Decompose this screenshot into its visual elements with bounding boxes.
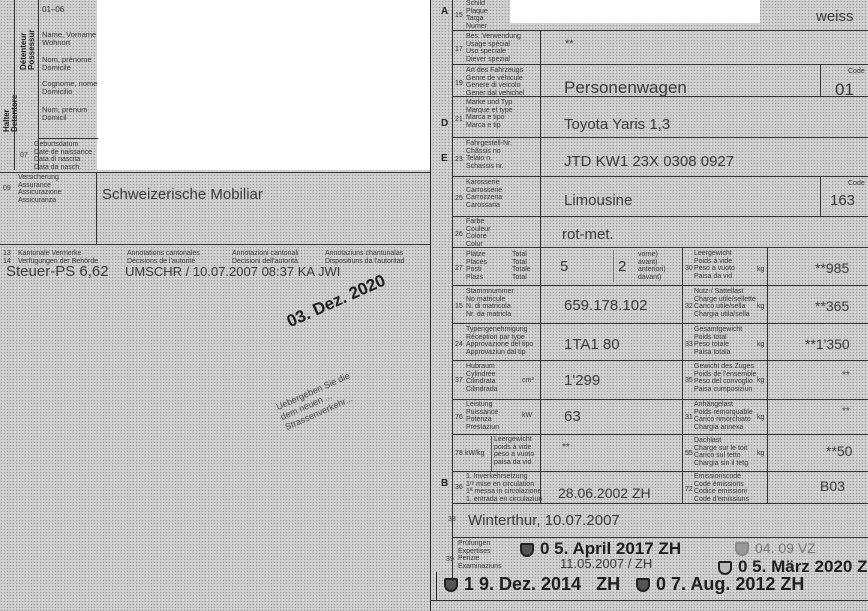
empty-weight-num: 30 (685, 265, 693, 272)
vehicle-type-code: 01 (835, 80, 854, 100)
kw-per-kg-num: 78 (455, 450, 463, 457)
payload-value: **365 (815, 298, 849, 314)
birthdate-num: 07 (20, 152, 28, 159)
section-D: D (441, 118, 448, 129)
vehicle-type-label: Art des Fahrzeugs Genre de véhicule Gene… (466, 67, 524, 97)
type-approval-label: Typengenehmigung Réception par type Appr… (466, 326, 533, 356)
make-model-label: Marke und Typ Marque et type Marca e tip… (466, 99, 513, 129)
train-weight-value: ** (842, 370, 850, 381)
color-num: 26 (455, 231, 463, 238)
seats-label: Plätze Places Posti Plazs (466, 251, 487, 281)
total-weight-unit: kg (757, 341, 764, 348)
empty-weight-label: Leergewicht Poids à vide Peso a vuoto Pa… (694, 250, 735, 280)
trailer-load-num: 31 (685, 414, 693, 421)
inspection-stamp-2014: 1 9. Dez. 2014 ZH (444, 574, 620, 595)
vehicle-type-value: Personenwagen (564, 78, 687, 98)
type-approval-value: 1TA1 80 (564, 336, 620, 353)
color-value: rot-met. (562, 226, 614, 243)
plate-num: 15 (455, 12, 463, 19)
body-num: 25 (455, 195, 463, 202)
trailer-load-value: ** (842, 406, 850, 417)
inspections-num: 39 (446, 556, 454, 563)
kw-per-kg-sublabel: Leergewicht poids à vide peso a vuoto pa… (494, 436, 534, 466)
insurance-num: 09 (3, 185, 11, 192)
zurich-shield-icon (718, 561, 732, 575)
special-use-num: 17 (455, 46, 463, 53)
body-code: 163 (830, 192, 855, 209)
trailer-load-label: Anhängelast Poids remorquable Carico rim… (694, 401, 753, 431)
special-use-value: ** (565, 38, 574, 50)
vehicle-registration-document: 01–06 Halter Detentore Détenteur Possess… (0, 0, 868, 611)
kw-per-kg-label: kW/kg (465, 450, 484, 457)
total-weight-num: 33 (685, 341, 693, 348)
remarks-value-transfer: UMSCHR / 10.07.2007 08:37 KA JWI (125, 264, 340, 279)
emission-code-num: 72 (685, 486, 693, 493)
place-date-value: Winterthur, 10.07.2007 (468, 512, 620, 529)
kw-per-kg-value: ** (562, 442, 570, 453)
empty-weight-unit: kg (757, 266, 764, 273)
seats-front-label: vorne) avant) anteriori) davant) (638, 251, 666, 281)
color-label: Farbe Couleur Colore Colur (466, 218, 491, 248)
remarks-label-rm: Annotaziuns chantunalas Dispositiuns da … (325, 250, 405, 265)
chassis-value: JTD KW1 23X 0308 0927 (564, 153, 734, 170)
special-use-label: Bes. Verwendung Usage spécial Uso specia… (466, 33, 521, 63)
payload-label: Nutz-/ Sattellast Charge utile/sellette … (694, 288, 756, 318)
insurance-value: Schweizerische Mobiliar (102, 186, 263, 203)
body-label: Karosserie Carrosserie Carrozzeria Caros… (466, 179, 502, 209)
power-unit: kW (522, 412, 532, 419)
roof-load-label: Dachlast Charge sur le toit Carico sul t… (694, 437, 748, 467)
zurich-shield-icon (520, 543, 534, 557)
birthdate-label: Geburtsdatum Date de naissance Data di n… (34, 141, 92, 171)
seats-total-label: Total Total Totale Total (512, 251, 531, 281)
first-registration-num: 36 (455, 484, 463, 491)
body-value: Limousine (564, 192, 632, 209)
roof-load-value: **50 (826, 443, 852, 459)
place-date-num: 38 (448, 516, 456, 523)
matricule-num: 15 (455, 303, 463, 310)
displacement-unit: cm³ (522, 377, 534, 384)
redacted-holder-area (97, 0, 430, 170)
section-B: B (441, 478, 448, 489)
power-num: 76 (455, 414, 463, 421)
roof-load-num: 55 (685, 450, 693, 457)
chassis-label: Fahrgestell-Nr. Châssis no Telaio n. Sch… (466, 140, 512, 170)
date-stamp-2020: 03. Dez. 2020 (284, 271, 389, 332)
holder-label-de: Name, Vorname Wohnort (42, 31, 96, 46)
displacement-label: Hubraum Cylindrée Cilindrata Cilindrada (466, 363, 498, 393)
matricule-label: Stammnummer No matricule N. di matricola… (466, 288, 514, 318)
power-label: Leistung Puissance Potenza Prestaziun (466, 401, 499, 431)
holder-side-label-de: Halter Detentore (3, 95, 19, 132)
vehicle-type-code-label: Code (848, 68, 865, 75)
section-E: E (441, 153, 448, 164)
remarks-value-tax-hp: Steuer-PS 6,62 (6, 263, 109, 280)
make-model-value: Toyota Yaris 1,3 (564, 116, 670, 133)
inspection-stamp-2012: 0 7. Aug. 2012 ZH (636, 574, 804, 595)
insurance-label: Versicherung Assurance Assicurazione Ass… (18, 174, 62, 204)
field-01-06: 01–06 (42, 6, 64, 14)
seats-total-value: 5 (560, 258, 568, 275)
train-weight-num: 35 (685, 377, 693, 384)
roof-load-unit: kg (757, 450, 764, 457)
type-approval-num: 24 (455, 341, 463, 348)
inspection-stamp-2017: 0 5. April 2017 ZH (520, 539, 681, 559)
payload-unit: kg (757, 303, 764, 310)
first-registration-value: 28.06.2002 ZH (558, 485, 651, 501)
holder-side-label-fr: Détenteur Possessur (20, 30, 36, 70)
plate-label: Schild Plaque Targa Numer (466, 0, 488, 30)
matricule-value: 659.178.102 (564, 297, 647, 314)
zurich-shield-icon (735, 542, 749, 556)
seats-num: 27 (455, 265, 463, 272)
payload-num: 32 (685, 303, 693, 310)
train-weight-label: Gewicht des Zuges Poids de l'ensemble Pe… (694, 363, 756, 393)
zurich-shield-icon (636, 578, 650, 592)
body-code-label: Code (848, 180, 865, 187)
vehicle-type-num: 19 (455, 80, 463, 87)
remarks-label-fr: Annotations cantonales Décisions de l'au… (127, 250, 200, 265)
handover-stamp: Uebergeben Sie die dem neuen ... Strasse… (275, 370, 361, 433)
holder-label-fr: Nom, prénome Domicile (42, 56, 92, 71)
seats-front-value: 2 (618, 258, 626, 275)
zurich-shield-icon (444, 578, 458, 592)
power-value: 63 (564, 408, 581, 425)
train-weight-unit: kg (757, 377, 764, 384)
section-A: A (441, 6, 448, 17)
displacement-value: 1'299 (564, 372, 600, 389)
displacement-num: 37 (455, 377, 463, 384)
make-model-num: 21 (455, 116, 463, 123)
first-registration-label: 1. Inverkehrsetzung 1ʳᵉ mise en circulat… (466, 473, 542, 503)
holder-label-rm: Num, prenum Domicil (42, 106, 87, 121)
plate-value: weiss (816, 8, 854, 25)
holder-label-it: Cognome, nome Domicilio (42, 80, 97, 95)
inspections-label: Prüfungen Expertises Perizie Examinaziun… (458, 540, 502, 570)
emission-code-value: B03 (820, 478, 845, 494)
chassis-num: 23 (455, 156, 463, 163)
trailer-load-unit: kg (757, 414, 764, 421)
redacted-plate-area (510, 0, 760, 23)
remarks-label-it: Annotazioni cantonali Decisioni dell'aut… (232, 250, 299, 265)
emission-code-label: Emissionscode Code émissions Codice emis… (694, 473, 749, 503)
empty-weight-value: **985 (815, 260, 849, 276)
total-weight-value: **1'350 (805, 336, 850, 352)
inspection-stamp-faded: 04. 09 VZ (735, 540, 816, 556)
total-weight-label: Gesamtgewicht Poids total Peso totale Pa… (694, 326, 742, 356)
